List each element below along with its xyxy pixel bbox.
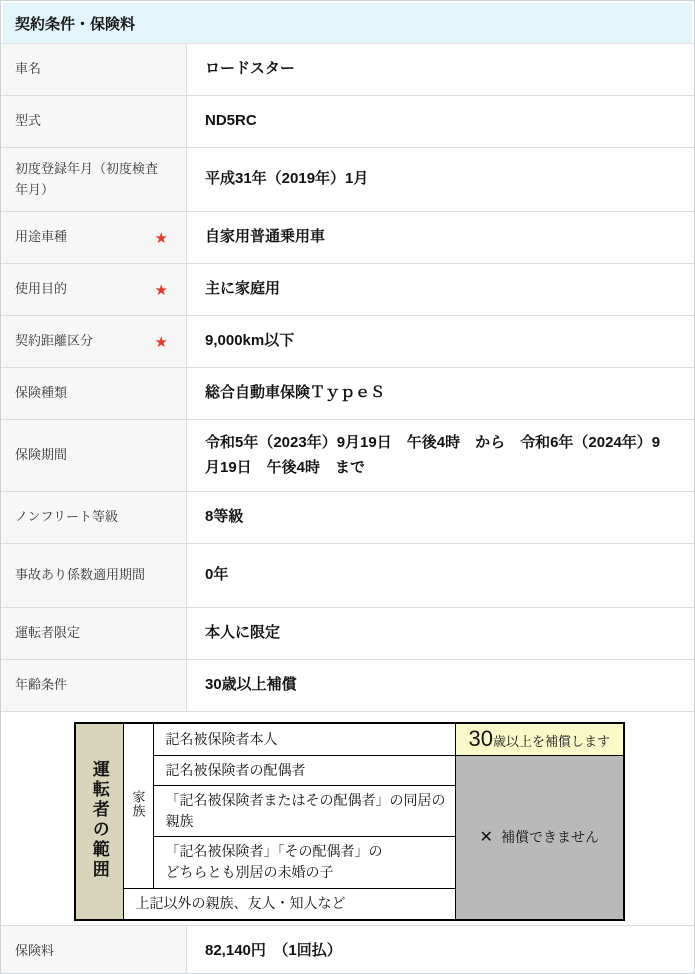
row-value: ロードスター xyxy=(205,57,295,82)
table-row-insurance-period: 保険期間 令和5年（2023年）9月19日 午後4時 から 令和6年（2024年… xyxy=(1,419,694,491)
row-value-cell: 0年 xyxy=(187,544,694,607)
row-value-cell: 本人に限定 xyxy=(187,608,694,659)
table-row-model-code: 型式 ND5RC xyxy=(1,95,694,147)
table-row-car-name: 車名 ロードスター xyxy=(1,43,694,95)
premium-label: 保険料 xyxy=(15,941,54,961)
covered-cell: 30歳以上を補償します xyxy=(455,723,624,755)
row-value-cell: 8等級 xyxy=(187,492,694,543)
table-row-driver-limitation: 運転者限定 本人に限定 xyxy=(1,607,694,659)
row-label-cell: 使用目的 ★ xyxy=(1,264,187,315)
row-label: ノンフリート等級 xyxy=(15,507,118,527)
row-value-cell: 令和5年（2023年）9月19日 午後4時 から 令和6年（2024年）9月19… xyxy=(187,420,694,491)
row-label: 使用目的 xyxy=(15,279,67,299)
row-value: 自家用普通乗用車 xyxy=(205,225,325,250)
premium-value: 82,140円 （1回払） xyxy=(205,939,342,964)
table-row-vehicle-use-type: 用途車種 ★ 自家用普通乗用車 xyxy=(1,211,694,263)
row-label: 年齢条件 xyxy=(15,675,67,695)
covered-age-number: 30 xyxy=(469,726,493,751)
row-value-cell: 自家用普通乗用車 xyxy=(187,212,694,263)
row-label-cell: 型式 xyxy=(1,96,187,147)
row-value: 主に家庭用 xyxy=(205,277,280,302)
row-value: 本人に限定 xyxy=(205,621,280,646)
driver-scope-section: 運転者の範囲 家族 記名被保険者本人 30歳以上を補償します 記名被保険者の配偶… xyxy=(1,711,694,925)
row-value-cell: 平成31年（2019年）1月 xyxy=(187,148,694,211)
row-value: 9,000km以下 xyxy=(205,329,294,354)
scope-item-separated-unmarried-child: 「記名被保険者」「その配偶者」の どちらとも別居の未婚の子 xyxy=(153,836,455,888)
row-label-cell: 保険種類 xyxy=(1,368,187,419)
row-label-cell: 保険料 xyxy=(1,926,187,974)
family-group-cell: 家族 xyxy=(123,723,153,888)
row-value: 総合自動車保険ＴｙｐｅＳ xyxy=(205,381,385,406)
row-value: 平成31年（2019年）1月 xyxy=(205,167,368,192)
scope-item-line1: 「記名被保険者」「その配偶者」の xyxy=(166,841,447,862)
row-label: 契約距離区分 xyxy=(15,331,93,351)
row-label-cell: 契約距離区分 ★ xyxy=(1,316,187,367)
scope-item-spouse: 記名被保険者の配偶者 xyxy=(153,755,455,785)
row-label: 用途車種 xyxy=(15,227,67,247)
row-label: 初度登録年月（初度検査年月） xyxy=(15,159,168,199)
table-row-insurance-type: 保険種類 総合自動車保険ＴｙｐｅＳ xyxy=(1,367,694,419)
driver-scope-title: 運転者の範囲 xyxy=(87,760,112,880)
row-value-cell: ND5RC xyxy=(187,96,694,147)
table-row-first-registration: 初度登録年月（初度検査年月） 平成31年（2019年）1月 xyxy=(1,147,694,211)
row-label-cell: 車名 xyxy=(1,44,187,95)
driver-scope-title-cell: 運転者の範囲 xyxy=(75,723,123,920)
table-row-nonfleet-grade: ノンフリート等級 8等級 xyxy=(1,491,694,543)
scope-item-cohabiting-relatives: 「記名被保険者またはその配偶者」の同居の親族 xyxy=(153,785,455,836)
page-title: 契約条件・保険料 xyxy=(15,13,135,34)
scope-item-line2: どちらとも別居の未婚の子 xyxy=(166,862,447,883)
table-row-contract-distance: 契約距離区分 ★ 9,000km以下 xyxy=(1,315,694,367)
row-value: 令和5年（2023年）9月19日 午後4時 から 令和6年（2024年）9月19… xyxy=(205,431,674,481)
row-value-cell: ロードスター xyxy=(187,44,694,95)
table-row-accident-coefficient-period: 事故あり係数適用期間 0年 xyxy=(1,543,694,607)
row-label: 型式 xyxy=(15,111,41,131)
required-star-icon: ★ xyxy=(155,333,168,351)
family-group-label: 家族 xyxy=(129,790,148,818)
not-covered-text: 補償できません xyxy=(501,829,599,845)
row-label-cell: 運転者限定 xyxy=(1,608,187,659)
row-label: 保険期間 xyxy=(15,445,67,465)
not-covered-cell: ✕補償できません xyxy=(455,755,624,920)
row-value: 0年 xyxy=(205,563,228,588)
row-value-cell: 主に家庭用 xyxy=(187,264,694,315)
row-value-cell: 30歳以上補償 xyxy=(187,660,694,711)
row-label: 車名 xyxy=(15,59,41,79)
row-label-cell: 初度登録年月（初度検査年月） xyxy=(1,148,187,211)
required-star-icon: ★ xyxy=(155,281,168,299)
row-label-cell: 年齢条件 xyxy=(1,660,187,711)
table-row-usage-purpose: 使用目的 ★ 主に家庭用 xyxy=(1,263,694,315)
scope-item-named-insured: 記名被保険者本人 xyxy=(153,723,455,755)
row-label: 運転者限定 xyxy=(15,623,80,643)
row-value: 30歳以上補償 xyxy=(205,673,297,698)
table-row-age-condition: 年齢条件 30歳以上補償 xyxy=(1,659,694,711)
row-value: 8等級 xyxy=(205,505,243,530)
conditions-table: 車名 ロードスター 型式 ND5RC 初度登録年月（初度検査年月） 平成31年（… xyxy=(1,43,694,711)
row-value-cell: 82,140円 （1回払） xyxy=(187,926,694,974)
row-label: 保険種類 xyxy=(15,383,67,403)
scope-item-others: 上記以外の親族、友人・知人など xyxy=(123,888,455,920)
contract-conditions-page: 契約条件・保険料 車名 ロードスター 型式 ND5RC 初度登録年月（初度検査年… xyxy=(0,0,695,974)
row-label: 事故あり係数適用期間 xyxy=(15,565,145,585)
driver-scope-table: 運転者の範囲 家族 記名被保険者本人 30歳以上を補償します 記名被保険者の配偶… xyxy=(74,722,625,921)
table-row-premium: 保険料 82,140円 （1回払） xyxy=(1,925,694,974)
required-star-icon: ★ xyxy=(155,229,168,247)
row-label-cell: 事故あり係数適用期間 xyxy=(1,544,187,607)
covered-text: 歳以上を補償します xyxy=(493,734,610,749)
row-value-cell: 9,000km以下 xyxy=(187,316,694,367)
cross-icon: ✕ xyxy=(480,829,493,846)
row-label-cell: ノンフリート等級 xyxy=(1,492,187,543)
row-value-cell: 総合自動車保険ＴｙｐｅＳ xyxy=(187,368,694,419)
section-header: 契約条件・保険料 xyxy=(3,3,692,43)
row-label-cell: 保険期間 xyxy=(1,420,187,491)
row-label-cell: 用途車種 ★ xyxy=(1,212,187,263)
row-value: ND5RC xyxy=(205,109,257,134)
